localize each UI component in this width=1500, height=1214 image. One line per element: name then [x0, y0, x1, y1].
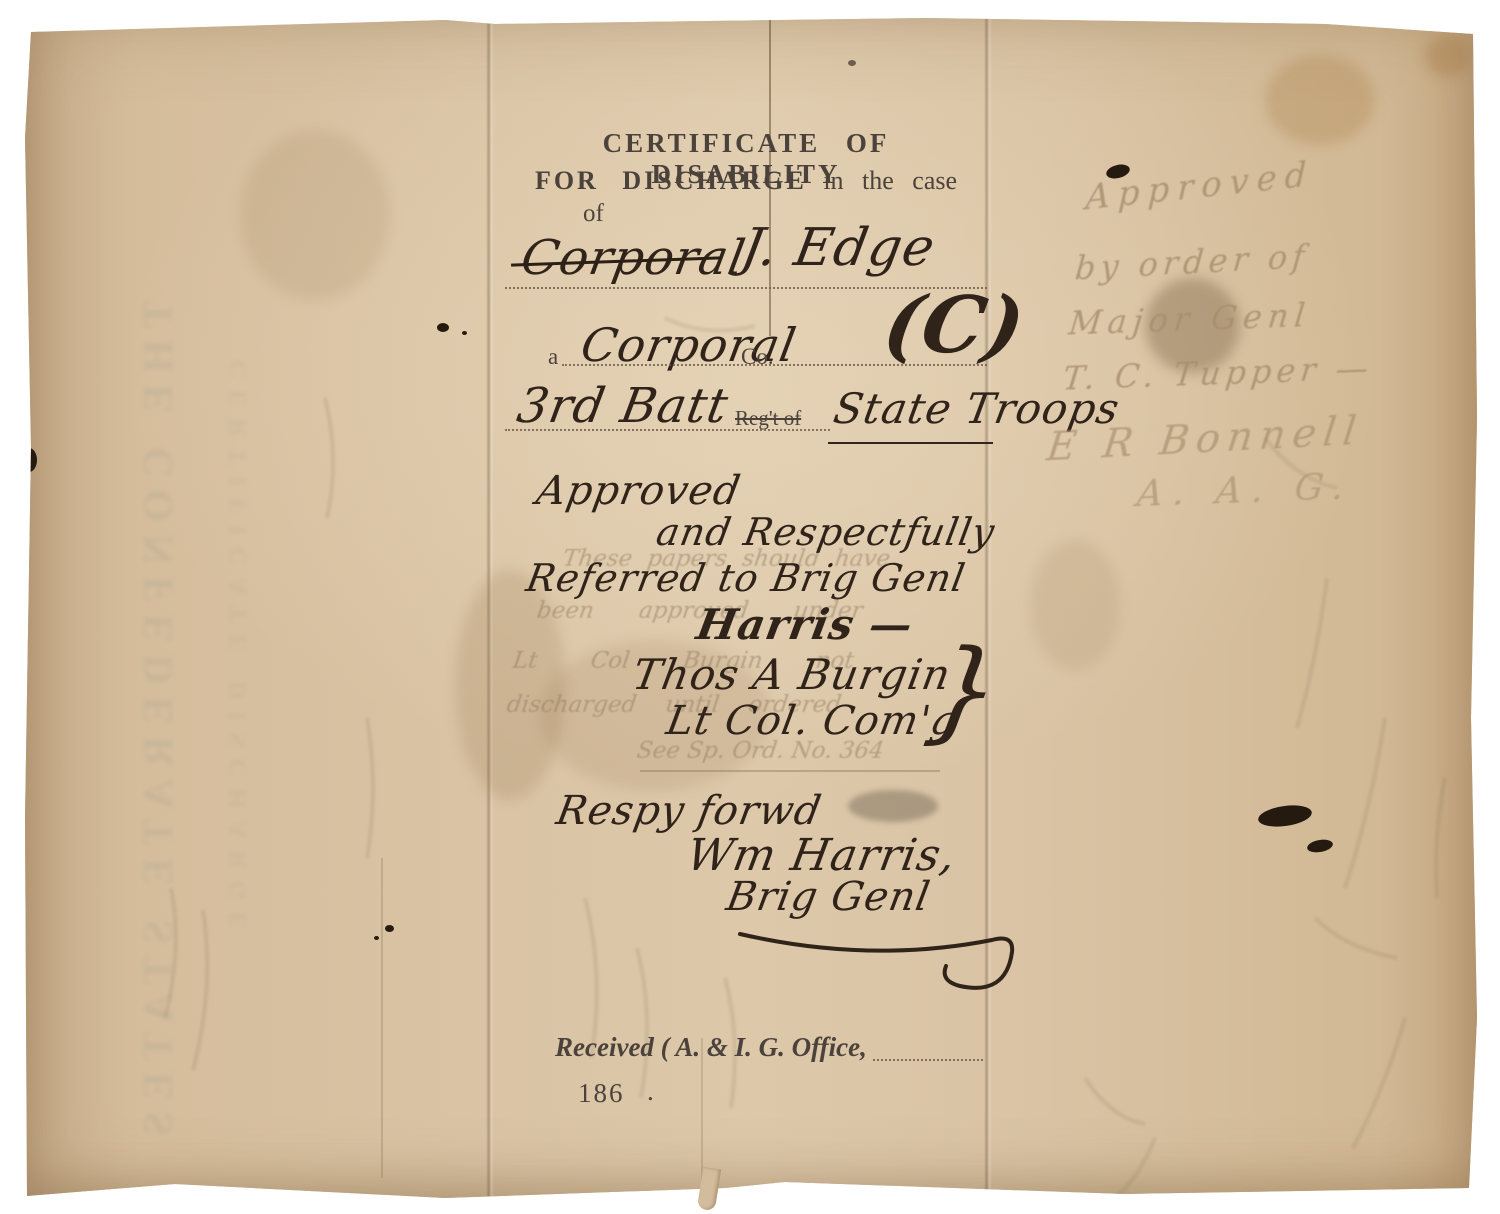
co-label: Co.	[741, 344, 774, 370]
document-photo: THE CONFEDERATE STATES CERTIFICATE DISCH…	[0, 0, 1500, 1214]
side-note-aag: A. A. G.	[1135, 466, 1356, 515]
dotted-rule-regiment	[505, 428, 830, 431]
ink-speck	[462, 331, 467, 335]
endorsement-and-respectfully: and Respectfully	[653, 510, 999, 554]
year-period: .	[647, 1076, 654, 1107]
form-title-line2-tail: in the case	[823, 166, 957, 195]
soldier-name-handwritten: J. Edge	[737, 218, 940, 278]
endorsement-signature-title: Lt Col. Com'g	[663, 698, 962, 744]
ink-speck	[385, 925, 394, 932]
paper-sheet: THE CONFEDERATE STATES CERTIFICATE DISCH…	[25, 18, 1477, 1202]
of-label: of	[583, 200, 604, 228]
signature-flourish	[725, 916, 1065, 1006]
ink-speck	[374, 936, 379, 940]
endorsement-harris: Harris —	[693, 600, 917, 649]
dotted-rule-company	[562, 363, 987, 366]
a-label: a	[548, 344, 558, 370]
ink-blot	[437, 323, 449, 332]
endorsement-referred: Referred to Brig Genl	[523, 556, 969, 600]
year-stub: 186	[578, 1078, 625, 1109]
unit-underline	[828, 442, 993, 444]
endorsement-signature: Thos A Burgin	[629, 650, 955, 699]
form-title-line2-caps: FOR DISCHARGE	[535, 166, 807, 195]
ink-blot-left-edge	[21, 448, 37, 472]
endorsement-approved: Approved	[533, 468, 744, 514]
company-handwritten: (C)	[877, 280, 1032, 371]
received-label: Received ( A. & I. G. Office,	[555, 1032, 867, 1063]
pencil-underline	[640, 770, 940, 772]
ink-speck	[848, 60, 856, 66]
dotted-rule-received	[873, 1058, 983, 1061]
closing-title: Brig Genl	[723, 874, 934, 920]
battalion-handwritten: 3rd Batt	[513, 378, 733, 434]
closing-respy: Respy forwd	[553, 788, 825, 834]
form-title-line2: FOR DISCHARGE in the case	[500, 166, 992, 196]
ink-smudge	[848, 790, 938, 822]
